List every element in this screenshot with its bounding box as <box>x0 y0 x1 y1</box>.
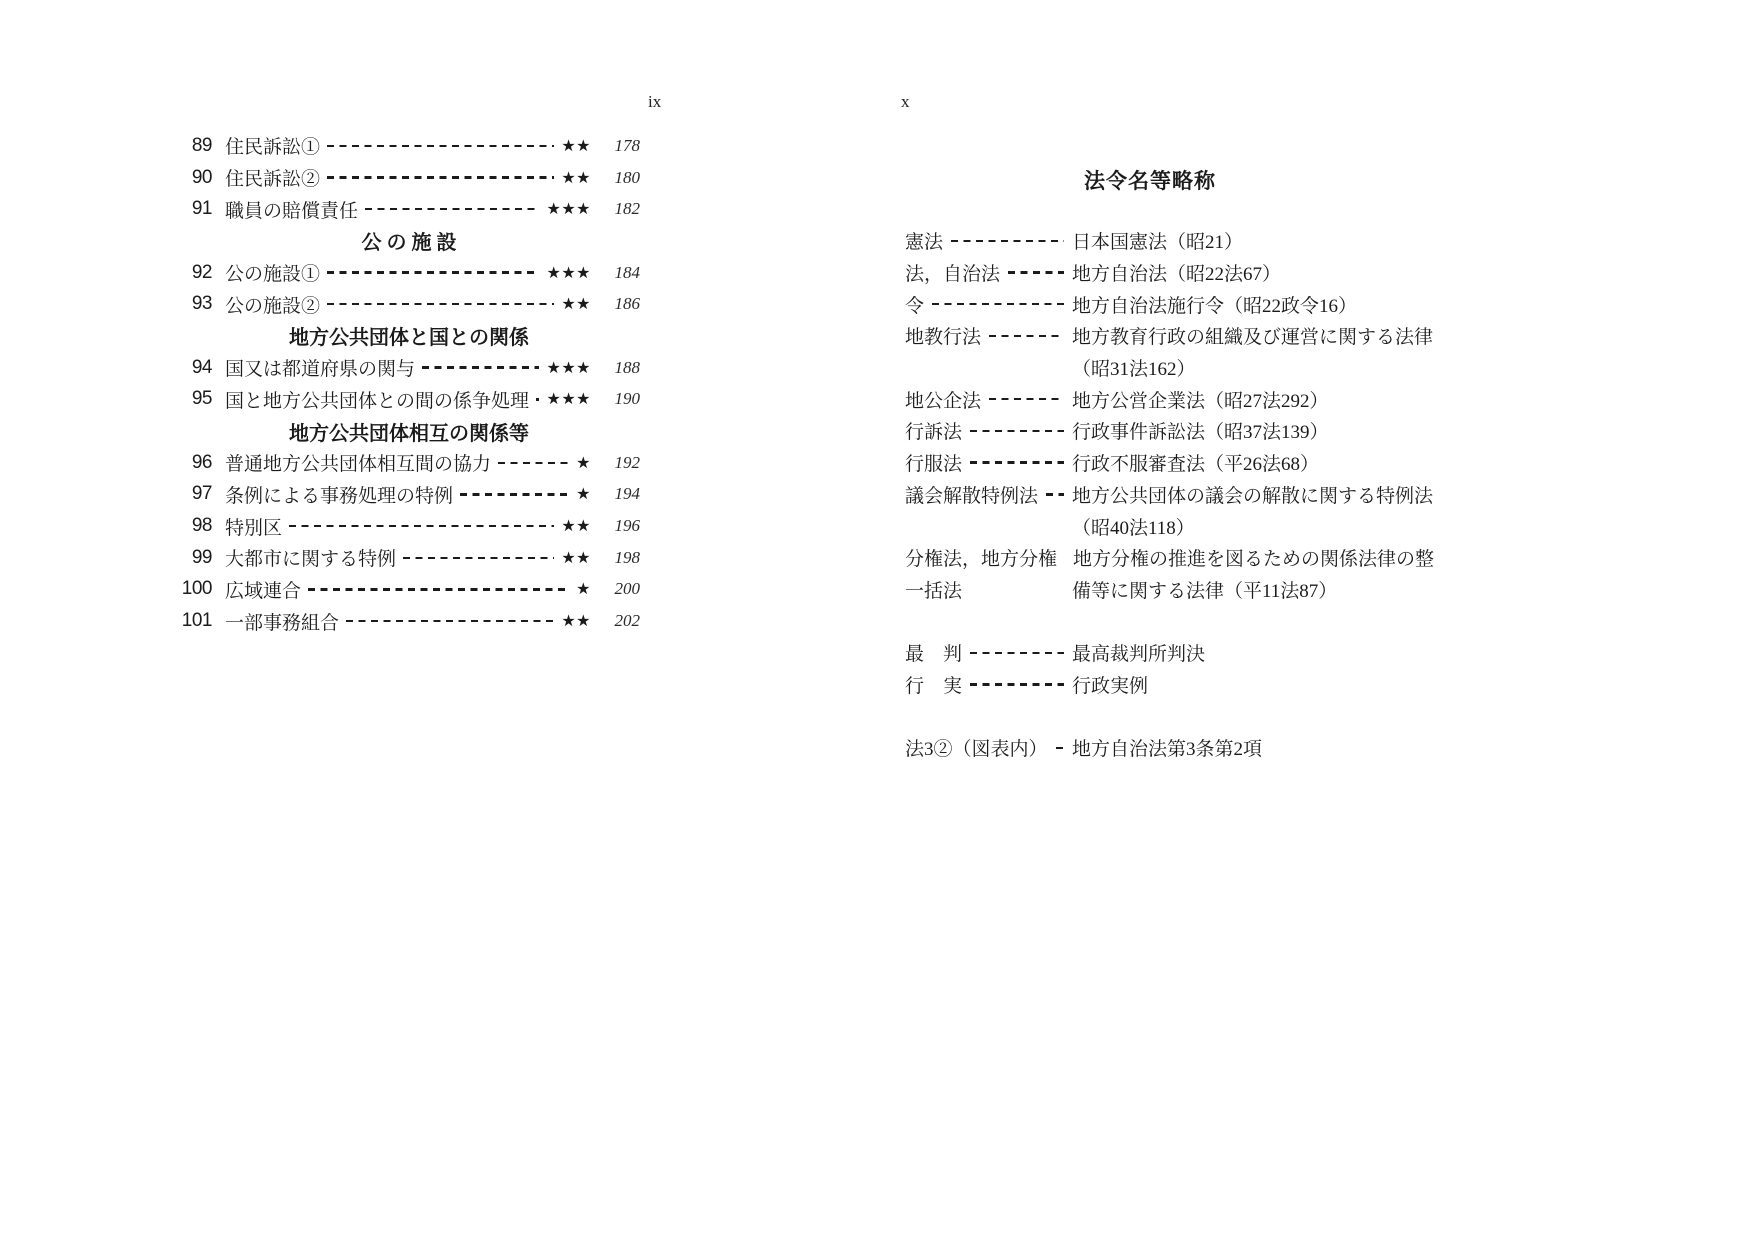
abbreviation-term: 憲法 <box>905 227 943 254</box>
toc-entry: 94国又は都道府県の関与★★★188 <box>178 352 640 384</box>
dotted-leader <box>1008 271 1064 273</box>
toc-entry-title: 公の施設② <box>225 291 320 318</box>
dotted-leader <box>460 493 569 495</box>
difficulty-stars: ★ <box>576 484 591 504</box>
abbreviation-term: 一括法 <box>905 576 962 603</box>
toc-entry: 91職員の賠償責任★★★182 <box>178 193 640 225</box>
toc-entry-title: 国と地方公共団体との間の係争処理 <box>225 386 529 413</box>
abbreviations-list: 憲法日本国憲法（昭21）法，自治法地方自治法（昭22法67）令地方自治法施行令（… <box>905 225 1442 764</box>
abbreviation-full-name: 行政不服審査法（平26法68） <box>1072 449 1442 476</box>
abbreviation-full-name: 地方公共団体の議会の解散に関する特例法 <box>1072 481 1442 508</box>
toc-entry: 101一部事務組合★★202 <box>178 605 640 637</box>
abbreviation-row: 憲法日本国憲法（昭21） <box>905 225 1442 257</box>
difficulty-stars: ★★ <box>561 168 591 188</box>
dotted-leader <box>308 588 569 590</box>
abbreviation-row: 令地方自治法施行令（昭22政令16） <box>905 288 1442 320</box>
dotted-leader <box>970 588 1064 590</box>
dotted-leader <box>932 303 1064 305</box>
dotted-leader <box>346 620 554 622</box>
toc-section-heading: 地方公共団体と国との関係 <box>178 320 640 352</box>
abbreviation-full-name: （昭40法118） <box>1072 513 1442 540</box>
abbreviation-term: 地公企法 <box>905 386 981 413</box>
toc-entry-title: 住民訴訟② <box>225 164 320 191</box>
toc-entry: 97条例による事務処理の特例★194 <box>178 479 640 511</box>
abbreviation-full-name: 行政事件訴訟法（昭37法139） <box>1072 417 1442 444</box>
abbreviation-full-name: 備等に関する法律（平11法87） <box>1072 576 1442 603</box>
toc-entry-title: 住民訴訟① <box>225 132 320 159</box>
toc-entry-number: 98 <box>178 515 212 537</box>
toc-entry-title: 条例による事務処理の特例 <box>225 481 453 508</box>
spacer-row <box>905 605 1442 637</box>
toc-entry-title: 大都市に関する特例 <box>225 544 396 571</box>
dotted-leader <box>913 525 1064 527</box>
difficulty-stars: ★★★ <box>546 199 591 219</box>
toc-entry-page: 186 <box>600 294 640 314</box>
dotted-leader <box>327 176 554 178</box>
abbreviation-full-name: 日本国憲法（昭21） <box>1072 227 1442 254</box>
abbreviation-row: 行服法行政不服審査法（平26法68） <box>905 447 1442 479</box>
abbreviations-title: 法令名等略称 <box>905 165 1395 195</box>
dotted-leader <box>327 271 539 273</box>
abbreviation-full-name: 地方分権の推進を図るための関係法律の整 <box>1073 544 1443 571</box>
toc-entry-page: 180 <box>600 168 640 188</box>
left-page-number: ix <box>648 92 661 112</box>
abbreviation-term: 行 実 <box>905 671 962 698</box>
abbreviation-term: 令 <box>905 291 924 318</box>
abbreviation-row: 議会解散特例法地方公共団体の議会の解散に関する特例法 <box>905 479 1442 511</box>
difficulty-stars: ★★★ <box>546 263 591 283</box>
toc-entry: 92公の施設①★★★184 <box>178 257 640 289</box>
toc-entry-page: 200 <box>600 579 640 599</box>
dotted-leader <box>498 462 569 464</box>
toc-entry-number: 92 <box>178 262 212 284</box>
abbreviation-full-name: 地方公営企業法（昭27法292） <box>1072 386 1442 413</box>
dotted-leader <box>327 303 554 305</box>
toc-entry-number: 89 <box>178 135 212 157</box>
dotted-leader <box>403 557 554 559</box>
difficulty-stars: ★★ <box>561 516 591 536</box>
dotted-leader <box>989 335 1064 337</box>
dotted-leader <box>970 461 1064 463</box>
difficulty-stars: ★★ <box>561 548 591 568</box>
abbreviation-term: 最 判 <box>905 639 962 666</box>
abbreviation-row: （昭40法118） <box>905 510 1442 542</box>
toc-entry-page: 190 <box>600 389 640 409</box>
toc-entry-title: 特別区 <box>225 513 282 540</box>
abbreviation-term: 行訴法 <box>905 417 962 444</box>
dotted-leader <box>422 366 539 368</box>
table-of-contents: 89住民訴訟①★★17890住民訴訟②★★18091職員の賠償責任★★★182公… <box>178 130 640 637</box>
abbreviation-full-name: 地方自治法（昭22法67） <box>1072 259 1442 286</box>
abbreviation-full-name: 地方教育行政の組織及び運営に関する法律 <box>1072 322 1442 349</box>
toc-entry-page: 192 <box>600 453 640 473</box>
abbreviation-term: 議会解散特例法 <box>905 481 1038 508</box>
abbreviation-term: 法3②（図表内） <box>905 734 1048 761</box>
toc-entry: 93公の施設②★★186 <box>178 288 640 320</box>
toc-section-heading: 公 の 施 設 <box>178 225 640 257</box>
difficulty-stars: ★★ <box>561 611 591 631</box>
difficulty-stars: ★★ <box>561 294 591 314</box>
difficulty-stars: ★ <box>576 579 591 599</box>
difficulty-stars: ★★ <box>561 136 591 156</box>
abbreviation-full-name: 地方自治法施行令（昭22政令16） <box>1072 291 1442 318</box>
book-spread: { "left_page": { "header": "ix", "entrie… <box>0 0 1755 1241</box>
dotted-leader <box>1056 747 1064 749</box>
abbreviation-row: 地教行法地方教育行政の組織及び運営に関する法律 <box>905 320 1442 352</box>
dotted-leader <box>327 145 554 147</box>
toc-entry-number: 90 <box>178 167 212 189</box>
toc-entry-title: 公の施設① <box>225 259 320 286</box>
difficulty-stars: ★★★ <box>546 389 591 409</box>
abbreviation-row: 分権法，地方分権地方分権の推進を図るための関係法律の整 <box>905 542 1442 574</box>
abbreviation-term: 地教行法 <box>905 322 981 349</box>
dotted-leader <box>289 525 554 527</box>
toc-entry-page: 198 <box>600 548 640 568</box>
toc-entry: 99大都市に関する特例★★198 <box>178 542 640 574</box>
toc-entry-page: 188 <box>600 358 640 378</box>
toc-entry-page: 202 <box>600 611 640 631</box>
abbreviation-row: 行 実行政実例 <box>905 669 1442 701</box>
toc-entry-page: 182 <box>600 199 640 219</box>
toc-entry-number: 91 <box>178 198 212 220</box>
abbreviation-full-name: 最高裁判所判決 <box>1072 639 1442 666</box>
abbreviation-row: 行訴法行政事件訴訟法（昭37法139） <box>905 415 1442 447</box>
toc-entry-page: 184 <box>600 263 640 283</box>
toc-entry: 100広域連合★200 <box>178 574 640 606</box>
abbreviation-row: 一括法備等に関する法律（平11法87） <box>905 574 1442 606</box>
difficulty-stars: ★★★ <box>546 358 591 378</box>
toc-entry-page: 196 <box>600 516 640 536</box>
abbreviation-row: 法，自治法地方自治法（昭22法67） <box>905 257 1442 289</box>
dotted-leader <box>536 398 539 400</box>
toc-entry: 95国と地方公共団体との間の係争処理★★★190 <box>178 384 640 416</box>
difficulty-stars: ★ <box>576 453 591 473</box>
toc-entry-title: 普通地方公共団体相互間の協力 <box>225 449 491 476</box>
spacer-row <box>905 700 1442 732</box>
toc-entry-number: 93 <box>178 293 212 315</box>
dotted-leader <box>365 208 539 210</box>
toc-entry-number: 97 <box>178 483 212 505</box>
right-page-number: x <box>901 92 910 112</box>
abbreviation-full-name: 行政実例 <box>1072 671 1442 698</box>
dotted-leader <box>951 240 1064 242</box>
toc-entry: 89住民訴訟①★★178 <box>178 130 640 162</box>
toc-entry: 98特別区★★196 <box>178 510 640 542</box>
toc-entry-number: 94 <box>178 357 212 379</box>
abbreviation-term: 行服法 <box>905 449 962 476</box>
dotted-leader <box>970 430 1064 432</box>
dotted-leader <box>913 366 1064 368</box>
toc-section-heading: 地方公共団体相互の関係等 <box>178 415 640 447</box>
dotted-leader <box>970 683 1064 685</box>
toc-entry-number: 100 <box>178 578 212 600</box>
abbreviation-term: 分権法，地方分権 <box>905 544 1057 571</box>
toc-entry-title: 一部事務組合 <box>225 608 339 635</box>
abbreviation-row: 地公企法地方公営企業法（昭27法292） <box>905 383 1442 415</box>
toc-entry-page: 194 <box>600 484 640 504</box>
abbreviation-row: （昭31法162） <box>905 352 1442 384</box>
toc-entry: 90住民訴訟②★★180 <box>178 162 640 194</box>
toc-entry-number: 96 <box>178 452 212 474</box>
dotted-leader <box>970 652 1064 654</box>
toc-entry-title: 職員の賠償責任 <box>225 196 358 223</box>
dotted-leader <box>989 398 1064 400</box>
toc-entry-number: 99 <box>178 547 212 569</box>
toc-entry-number: 95 <box>178 388 212 410</box>
toc-entry-number: 101 <box>178 610 212 632</box>
toc-entry-title: 広域連合 <box>225 576 301 603</box>
toc-entry-page: 178 <box>600 136 640 156</box>
dotted-leader <box>1046 493 1064 495</box>
toc-entry-title: 国又は都道府県の関与 <box>225 354 415 381</box>
abbreviation-full-name: （昭31法162） <box>1072 354 1442 381</box>
abbreviation-row: 最 判最高裁判所判決 <box>905 637 1442 669</box>
abbreviation-term: 法，自治法 <box>905 259 1000 286</box>
abbreviation-full-name: 地方自治法第3条第2項 <box>1072 734 1442 761</box>
toc-entry: 96普通地方公共団体相互間の協力★192 <box>178 447 640 479</box>
abbreviation-row: 法3②（図表内）地方自治法第3条第2項 <box>905 732 1442 764</box>
